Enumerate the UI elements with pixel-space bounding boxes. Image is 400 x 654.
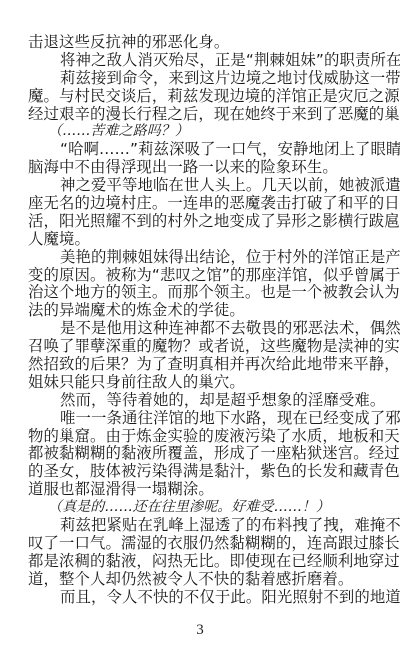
text-line: 而且，令人不快的不仅于此。阳光照射不到的地道，变 bbox=[28, 589, 364, 607]
page-number: 3 bbox=[0, 622, 400, 639]
text-line: 治这个地方的领主。而那个领主。也是一个被教会认为是邪 bbox=[28, 284, 364, 302]
text-line: 活，阳光照耀不到的村外之地变成了异形之影横行跋扈的非 bbox=[28, 213, 364, 231]
thought-line: （……苦难之路吗？） bbox=[28, 123, 364, 141]
text-line: 经过艰辛的漫长行程之后，现在她终于来到了恶魔的巢窟。 bbox=[28, 106, 364, 124]
text-line: 姐妹只能只身前往敌人的巢穴。 bbox=[28, 374, 364, 392]
text-line: 神之爱平等地临在世人头上。几天以前，她被派遣到一 bbox=[28, 177, 364, 195]
text-line: 唯一一条通往洋馆的地下水路，现在已经变成了邪异魔 bbox=[28, 410, 364, 428]
text-line: 法的异端魔术的炼金术的学徒。 bbox=[28, 302, 364, 320]
text-line: 变的原因。被称为“悲叹之馆”的那座洋馆，似乎曾属于统 bbox=[28, 267, 364, 285]
text-line: 莉兹把紧贴在乳峰上湿透了的布料拽了拽，难掩不快地 bbox=[28, 517, 364, 535]
text-line: 的圣女，肢体被污染得满是黏汁，紫色的长发和藏青色的修 bbox=[28, 463, 364, 481]
text-line: 然招致的后果？为了查明真相并再次给此地带来平静，荆棘 bbox=[28, 356, 364, 374]
text-line: 击退这些反抗神的邪恶化身。 bbox=[28, 34, 364, 52]
text-line: 道，整个人却仍然被令人不快的黏着感折磨着。 bbox=[28, 571, 364, 589]
thought-line: （真是的……还在往里渗呢。好难受……！） bbox=[28, 499, 364, 517]
text-line: 叹了一口气。濡湿的衣服仍然黏糊糊的，连高跟过膝长靴里 bbox=[28, 535, 364, 553]
text-line: 都是浓稠的黏液，闷热无比。即使现在已经顺利地穿过了地 bbox=[28, 553, 364, 571]
text-line: 将神之敌人消灭殆尽，正是“荆棘姐妹”的职责所在。 bbox=[28, 52, 364, 70]
text-line: 物的巢窟。由于炼金实验的废液污染了水质，地板和天花板 bbox=[28, 428, 364, 446]
page-body: 击退这些反抗神的邪恶化身。将神之敌人消灭殆尽，正是“荆棘姐妹”的职责所在。莉兹接… bbox=[28, 34, 364, 607]
text-line: 都被黏糊糊的黏液所覆盖，形成了一座粘狱迷宫。经过那里 bbox=[28, 445, 364, 463]
text-line: 道服也都湿滑得一塌糊涂。 bbox=[28, 481, 364, 499]
text-line: 然而，等待着她的，却是超乎想象的淫靡受难。 bbox=[28, 392, 364, 410]
text-line: 美艳的荆棘姐妹得出结论，位于村外的洋馆正是产生异 bbox=[28, 249, 364, 267]
text-line: 脑海中不由得浮现出一路一以来的险象环生。 bbox=[28, 159, 364, 177]
text-line: 是不是他用这种连神都不去敬畏的邪恶法术，偶然性地 bbox=[28, 320, 364, 338]
text-line: 座无名的边境村庄。一连串的恶魔袭击打破了和平的日常生 bbox=[28, 195, 364, 213]
text-line: 人魔境。 bbox=[28, 231, 364, 249]
text-line: 莉兹接到命令，来到这片边境之地讨伐威胁这一带的恶 bbox=[28, 70, 364, 88]
text-line: 魔。与村民交谈后，莉兹发现边境的洋馆正是灾厄之源头， bbox=[28, 88, 364, 106]
text-line: “哈啊……”莉兹深吸了一口气，安静地闭上了眼睛。 bbox=[28, 141, 364, 159]
text-line: 召唤了罪孽深重的魔物？或者说，这些魔物是渎神的实验必 bbox=[28, 338, 364, 356]
